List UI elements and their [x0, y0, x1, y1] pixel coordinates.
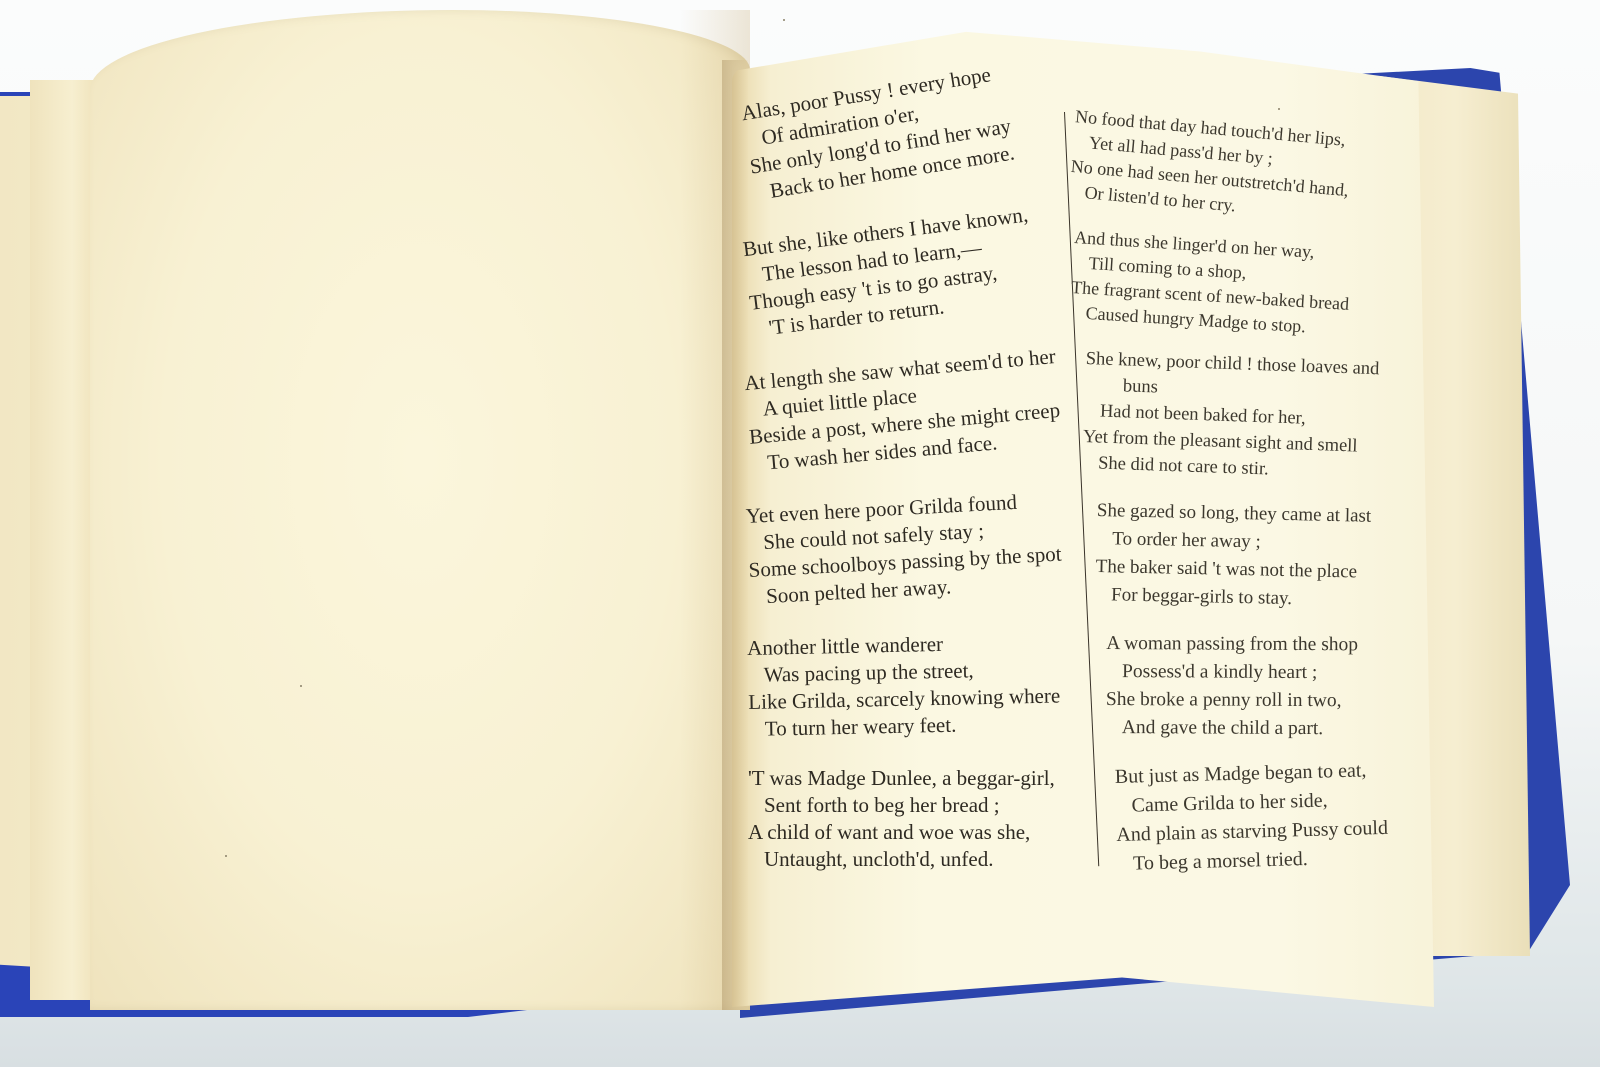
stanza: Yet even here poor Grilda found She coul…	[745, 486, 1080, 611]
stanza: But she, like others I have known, The l…	[741, 196, 1082, 343]
verse-line: For beggar-girls to stay.	[1095, 581, 1412, 616]
paper-speck	[1278, 108, 1280, 110]
verse-line: A woman passing from the shop	[1106, 630, 1412, 660]
dust-speck	[783, 19, 785, 21]
stanza: She knew, poor child ! those loaves and …	[1082, 346, 1414, 487]
stanza: A woman passing from the shop Possess'd …	[1106, 630, 1413, 744]
verse-line: Possess'd a kindly heart ;	[1106, 658, 1412, 688]
verse-line: And gave the child a part.	[1106, 714, 1412, 744]
stanza: At length she saw what seem'd to her A q…	[743, 341, 1081, 477]
verse-line: To turn her weary feet.	[749, 709, 1079, 743]
verse-line: Untaught, uncloth'd, unfed.	[748, 846, 1078, 873]
left-page-blank	[90, 10, 750, 1010]
paper-speck	[225, 855, 227, 857]
stanza: 'T was Madge Dunlee, a beggar-girl, Sent…	[748, 765, 1078, 873]
paper-speck	[300, 685, 302, 687]
poem-column-right: No food that day had touch'd her lips, Y…	[1072, 104, 1412, 900]
stanza: Another little wanderer Was pacing up th…	[747, 628, 1079, 743]
stanza: She gazed so long, they came at last To …	[1095, 497, 1413, 616]
stanza: No food that day had touch'd her lips, Y…	[1068, 104, 1415, 233]
stanza: And thus she linger'd on her way, Till c…	[1069, 225, 1414, 346]
verse-line: A child of want and woe was she,	[748, 819, 1078, 846]
verse-line: She broke a penny roll in two,	[1106, 686, 1412, 716]
book-gutter	[722, 60, 748, 1010]
verse-line: 'T was Madge Dunlee, a beggar-girl,	[748, 765, 1078, 792]
stanza: But just as Madge began to eat, Came Gri…	[1114, 755, 1413, 879]
open-book-photo: Alas, poor Pussy ! every hope Of admirat…	[0, 0, 1600, 1067]
poem-column-left: Alas, poor Pussy ! every hope Of admirat…	[748, 100, 1078, 894]
verse-line: Sent forth to beg her bread ;	[748, 792, 1078, 819]
